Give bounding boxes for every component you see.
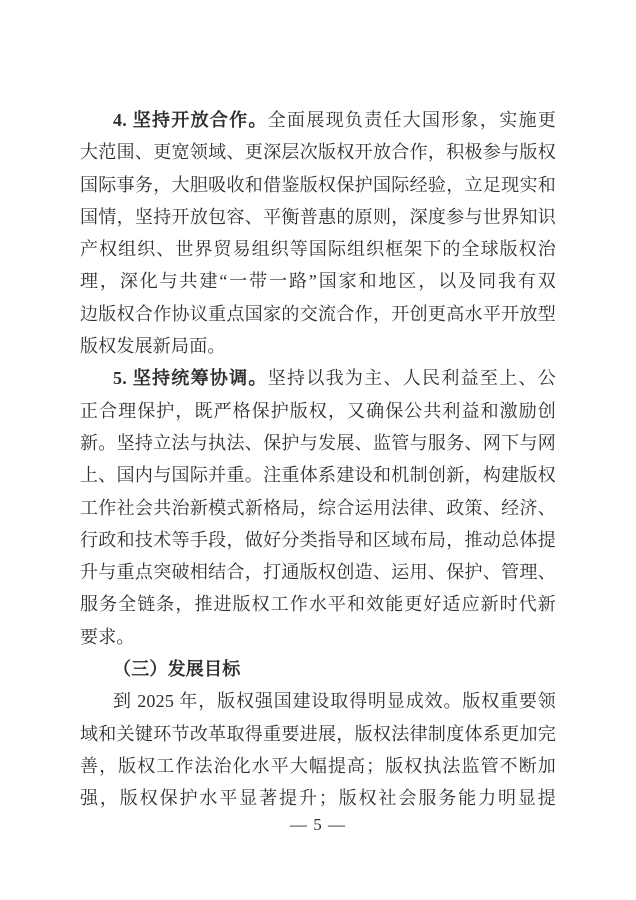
line-text: 全面展现负责任大国形象，实施更 <box>268 110 556 130</box>
text-line: 产权组织、世界贸易组织等国际组织框架下的全球版权治 <box>80 233 556 265</box>
text-line: 4. 坚持开放合作。全面展现负责任大国形象，实施更 <box>80 104 556 136</box>
text-line: 强，版权保护水平显著提升；版权社会服务能力明显提 <box>80 782 556 814</box>
line-text: 到 2025 年，版权强国建设取得明显成效。版权重要领 <box>113 691 556 711</box>
line-text: 升与重点突破相结合，打通版权创造、运用、保护、管理、 <box>80 562 556 582</box>
text-line: 工作社会共治新模式新格局，综合运用法律、政策、经济、 <box>80 492 556 524</box>
text-line: 国情，坚持开放包容、平衡普惠的原则，深度参与世界知识 <box>80 201 556 233</box>
text-line: 服务全链条，推进版权工作水平和效能更好适应新时代新 <box>80 588 556 620</box>
line-text: 域和关键环节改革取得重要进展，版权法律制度体系更加完 <box>80 724 556 744</box>
line-text: 理，深化与共建“一带一路”国家和地区，以及同我有双 <box>80 271 556 291</box>
text-line: 上、国内与国际并重。注重体系建设和机制创新，构建版权 <box>80 459 556 491</box>
line-text: 正合理保护，既严格保护版权，又确保公共利益和激励创 <box>80 401 556 421</box>
line-text: 服务全链条，推进版权工作水平和效能更好适应新时代新 <box>80 594 556 614</box>
page-number: — 5 — <box>0 813 636 837</box>
text-line: 版权发展新局面。 <box>80 330 556 362</box>
line-text: 国情，坚持开放包容、平衡普惠的原则，深度参与世界知识 <box>80 207 556 227</box>
line-text: 大范围、更宽领域、更深层次版权开放合作，积极参与版权 <box>80 142 556 162</box>
text-line: 要求。 <box>80 621 556 653</box>
line-text: 坚持以我为主、人民利益至上、公 <box>268 368 556 388</box>
text-line: 大范围、更宽领域、更深层次版权开放合作，积极参与版权 <box>80 136 556 168</box>
line-text: 要求。 <box>80 627 135 647</box>
document-body: 4. 坚持开放合作。全面展现负责任大国形象，实施更 大范围、更宽领域、更深层次版… <box>80 104 556 815</box>
text-line: 善，版权工作法治化水平大幅提高；版权执法监管不断加 <box>80 750 556 782</box>
line-text: 版权发展新局面。 <box>80 336 226 356</box>
line-text: 强，版权保护水平显著提升；版权社会服务能力明显提 <box>80 788 556 808</box>
line-text: 行政和技术等手段，做好分类指导和区域布局，推动总体提 <box>80 530 556 550</box>
line-text: 善，版权工作法治化水平大幅提高；版权执法监管不断加 <box>80 756 556 776</box>
text-line: 理，深化与共建“一带一路”国家和地区，以及同我有双 <box>80 265 556 297</box>
text-line: 到 2025 年，版权强国建设取得明显成效。版权重要领 <box>80 685 556 717</box>
text-line: 国际事务，大胆吸收和借鉴版权保护国际经验，立足现实和 <box>80 169 556 201</box>
line-text: 新。坚持立法与执法、保护与发展、监管与服务、网下与网 <box>80 433 556 453</box>
paragraph-lead: 5. 坚持统筹协调。 <box>113 368 268 388</box>
section-heading: （三）发展目标 <box>80 653 556 685</box>
line-text: 产权组织、世界贸易组织等国际组织框架下的全球版权治 <box>80 239 556 259</box>
paragraph-lead: 4. 坚持开放合作。 <box>113 110 268 130</box>
section-heading-text: （三）发展目标 <box>113 659 240 679</box>
line-text: 工作社会共治新模式新格局，综合运用法律、政策、经济、 <box>80 498 556 518</box>
text-line: 正合理保护，既严格保护版权，又确保公共利益和激励创 <box>80 395 556 427</box>
text-line: 域和关键环节改革取得重要进展，版权法律制度体系更加完 <box>80 718 556 750</box>
document-page: 4. 坚持开放合作。全面展现负责任大国形象，实施更 大范围、更宽领域、更深层次版… <box>0 0 636 900</box>
text-line: 行政和技术等手段，做好分类指导和区域布局，推动总体提 <box>80 524 556 556</box>
text-line: 边版权合作协议重点国家的交流合作，开创更高水平开放型 <box>80 298 556 330</box>
line-text: 边版权合作协议重点国家的交流合作，开创更高水平开放型 <box>80 304 556 324</box>
line-text: 上、国内与国际并重。注重体系建设和机制创新，构建版权 <box>80 465 556 485</box>
line-text: 国际事务，大胆吸收和借鉴版权保护国际经验，立足现实和 <box>80 175 556 195</box>
text-line: 升与重点突破相结合，打通版权创造、运用、保护、管理、 <box>80 556 556 588</box>
text-line: 新。坚持立法与执法、保护与发展、监管与服务、网下与网 <box>80 427 556 459</box>
text-line: 5. 坚持统筹协调。坚持以我为主、人民利益至上、公 <box>80 362 556 394</box>
